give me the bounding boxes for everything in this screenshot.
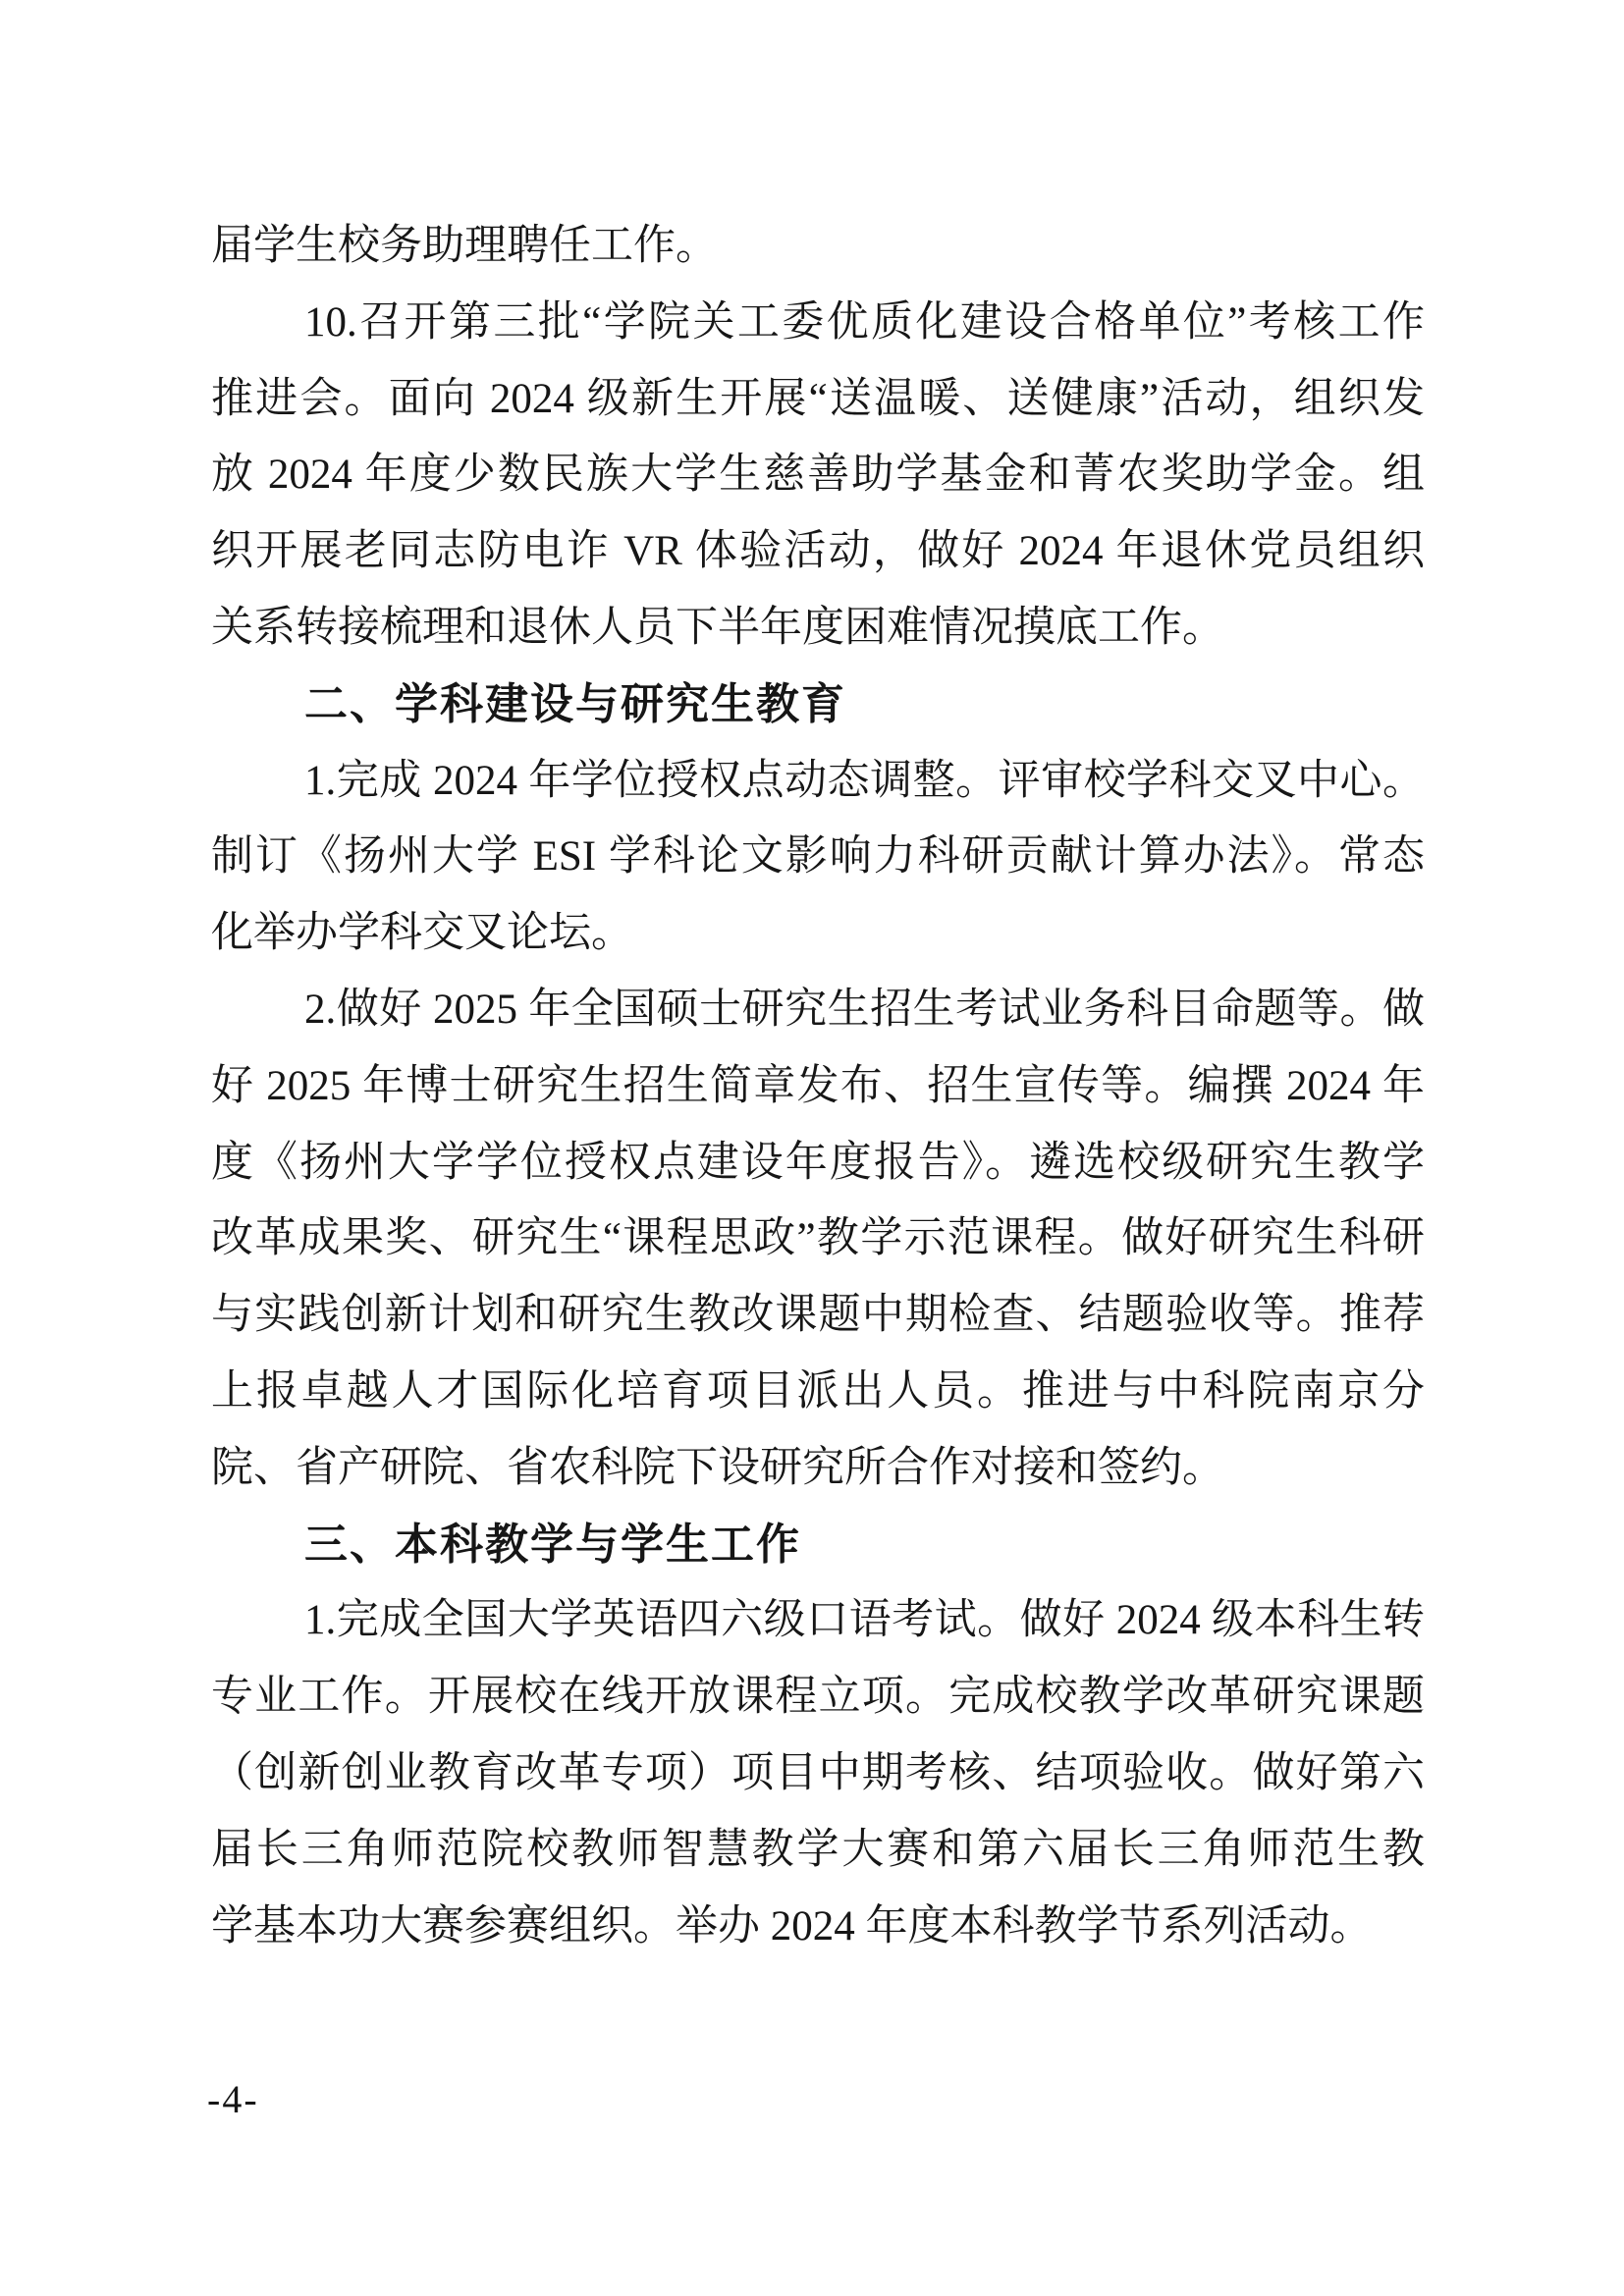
- text-line: 放 2024 年度少数民族大学生慈善助学基金和菁农奖助学金。组: [211, 437, 1425, 513]
- text-line: 与实践创新计划和研究生教改课题中期检查、结题验收等。推荐: [211, 1277, 1425, 1354]
- section-heading: 二、学科建设与研究生教育: [211, 667, 1425, 743]
- text-line: 度《扬州大学学位授权点建设年度报告》。遴选校级研究生教学: [211, 1125, 1425, 1201]
- text-line: 1.完成 2024 年学位授权点动态调整。评审校学科交叉中心。: [211, 743, 1425, 820]
- text-line: （创新创业教育改革专项）项目中期考核、结项验收。做好第六: [211, 1735, 1425, 1812]
- text-line: 关系转接梳理和退休人员下半年度困难情况摸底工作。: [211, 590, 1425, 667]
- page-number: -4-: [207, 2067, 259, 2132]
- document-body: 届学生校务助理聘任工作。 10.召开第三批“学院关工委优质化建设合格单位”考核工…: [211, 208, 1425, 1964]
- text-line: 届学生校务助理聘任工作。: [211, 208, 1425, 285]
- text-line: 2.做好 2025 年全国硕士研究生招生考试业务科目命题等。做: [211, 972, 1425, 1048]
- text-line: 10.召开第三批“学院关工委优质化建设合格单位”考核工作: [211, 285, 1425, 361]
- text-line: 专业工作。开展校在线开放课程立项。完成校教学改革研究课题: [211, 1659, 1425, 1735]
- text-line: 化举办学科交叉论坛。: [211, 895, 1425, 972]
- text-line: 院、省产研院、省农科院下设研究所合作对接和签约。: [211, 1430, 1425, 1507]
- text-line: 制订《扬州大学 ESI 学科论文影响力科研贡献计算办法》。常态: [211, 819, 1425, 895]
- text-line: 好 2025 年博士研究生招生简章发布、招生宣传等。编撰 2024 年: [211, 1048, 1425, 1125]
- text-line: 织开展老同志防电诈 VR 体验活动，做好 2024 年退休党员组织: [211, 513, 1425, 590]
- text-line: 届长三角师范院校教师智慧教学大赛和第六届长三角师范生教: [211, 1812, 1425, 1889]
- text-line: 改革成果奖、研究生“课程思政”教学示范课程。做好研究生科研: [211, 1201, 1425, 1277]
- section-heading: 三、本科教学与学生工作: [211, 1507, 1425, 1583]
- text-line: 1.完成全国大学英语四六级口语考试。做好 2024 级本科生转: [211, 1582, 1425, 1659]
- text-line: 上报卓越人才国际化培育项目派出人员。推进与中科院南京分: [211, 1354, 1425, 1430]
- text-line: 学基本功大赛参赛组织。举办 2024 年度本科教学节系列活动。: [211, 1889, 1425, 1965]
- text-line: 推进会。面向 2024 级新生开展“送温暖、送健康”活动，组织发: [211, 361, 1425, 438]
- document-page: 届学生校务助理聘任工作。 10.召开第三批“学院关工委优质化建设合格单位”考核工…: [0, 0, 1624, 2296]
